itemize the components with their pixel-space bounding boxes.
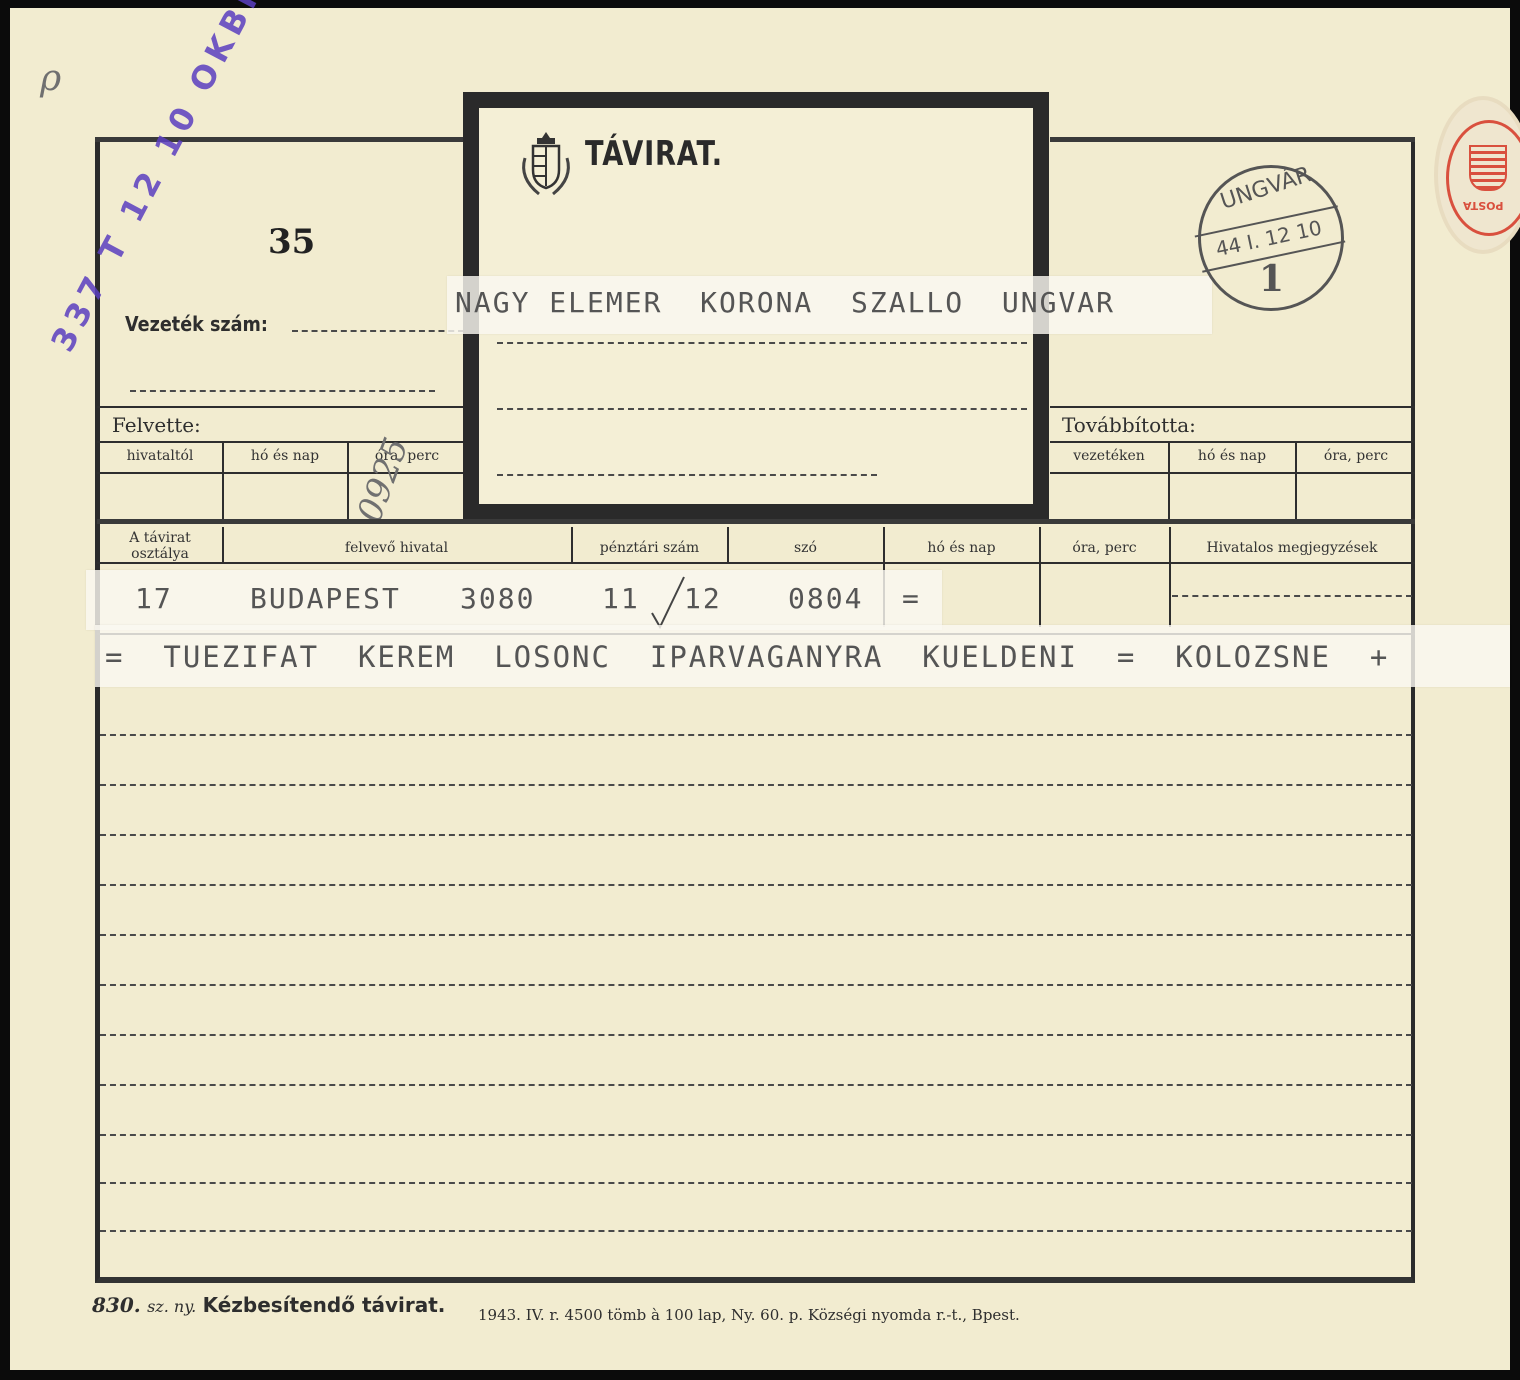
message-line-11[interactable] <box>100 1230 1412 1232</box>
form-name: Kézbesítendő távirat. <box>203 1293 446 1317</box>
corner-pencil-mark: ρ <box>40 58 61 99</box>
col-penztari-szam: pénztári szám <box>573 540 726 556</box>
felvette-row-line <box>97 472 465 474</box>
felvette-label: Felvette: <box>112 413 201 437</box>
felvette-top-line <box>97 406 465 408</box>
col-felvevo-hivatal: felvevő hivatal <box>224 540 569 556</box>
form-footer-title: 830. sz. ny. Kézbesítendő távirat. <box>92 1293 445 1317</box>
typed-words: 11 <box>602 582 640 615</box>
address-line-1[interactable] <box>497 342 1027 344</box>
form-id-suffix: sz. ny. <box>147 1297 196 1316</box>
address-line-2[interactable] <box>497 408 1027 410</box>
postmark-code: 1 <box>1259 258 1284 300</box>
form-id: 830. <box>92 1293 141 1317</box>
frame-top-right <box>1050 137 1415 142</box>
message-line-3[interactable] <box>100 834 1412 836</box>
postmark-date: 44 I. 12 10 <box>1213 215 1323 261</box>
typed-class: 17 <box>135 582 173 615</box>
tovabbitotta-label: Továbbította: <box>1062 413 1196 437</box>
vezetek-szam-field[interactable] <box>292 330 464 332</box>
ungvar-postmark: UNGVÁR 44 I. 12 10 1 <box>1198 165 1344 311</box>
seal-ring: POSTA <box>1446 120 1520 236</box>
posta-seal: POSTA <box>1438 100 1520 250</box>
message-line-5[interactable] <box>100 934 1412 936</box>
typed-equals: = <box>902 582 921 615</box>
col-hivatalos-megjegyzesek: Hivatalos megjegyzések <box>1171 540 1413 556</box>
typed-day: 12 <box>684 582 722 615</box>
col-szo: szó <box>729 540 882 556</box>
addressee-text: NAGY ELEMER KORONA SZALLO UNGVAR <box>455 286 1115 319</box>
tovabbitotta-col-ora-perc: óra, perc <box>1297 448 1415 464</box>
vezetek-szam-field-2[interactable] <box>130 390 435 392</box>
tovabbitotta-header-line <box>1050 441 1415 443</box>
felvette-col-hivataltol: hivataltól <box>100 448 220 464</box>
address-line-3[interactable] <box>497 474 877 476</box>
seal-text: POSTA <box>1463 199 1504 212</box>
telegram-title: TÁVIRAT. <box>585 134 723 174</box>
message-line-6[interactable] <box>100 984 1412 986</box>
vezetek-szam-label: Vezeték szám: <box>125 312 268 336</box>
info-header-line <box>97 562 1415 564</box>
col-tavirat-osztalya: A távirat osztálya <box>100 530 220 562</box>
typed-cashier-number: 3080 <box>460 582 535 615</box>
message-text: = TUEZIFAT KEREM LOSONC IPARVAGANYRA KUE… <box>105 640 1389 674</box>
tovabbitotta-col-vezeteken: vezetéken <box>1050 448 1168 464</box>
col-ho-es-nap: hó és nap <box>885 540 1038 556</box>
typed-time: 0804 <box>788 582 863 615</box>
print-info: 1943. IV. r. 4500 tömb à 100 lap, Ny. 60… <box>478 1306 1020 1324</box>
pencil-check-icon <box>648 575 688 630</box>
megjegyzesek-field[interactable] <box>1172 595 1412 597</box>
tovabbitotta-top-line <box>1050 406 1415 408</box>
coat-of-arms-icon <box>517 128 575 198</box>
seal-crest-icon <box>1469 145 1507 191</box>
tovabbitotta-row-line <box>1050 472 1415 474</box>
message-line-4[interactable] <box>100 884 1412 886</box>
message-line-1[interactable] <box>100 734 1412 736</box>
info-table-top <box>97 519 1415 524</box>
message-line-8[interactable] <box>100 1084 1412 1086</box>
message-line-2[interactable] <box>100 784 1412 786</box>
message-line-9[interactable] <box>100 1134 1412 1136</box>
message-line-7[interactable] <box>100 1034 1412 1036</box>
form-number: 35 <box>268 222 315 262</box>
typed-office: BUDAPEST <box>250 582 401 615</box>
felvette-col-ho-es-nap: hó és nap <box>224 448 346 464</box>
tovabbitotta-col-ho-es-nap: hó és nap <box>1170 448 1294 464</box>
col-ora-perc: óra, perc <box>1041 540 1168 556</box>
message-line-10[interactable] <box>100 1182 1412 1184</box>
